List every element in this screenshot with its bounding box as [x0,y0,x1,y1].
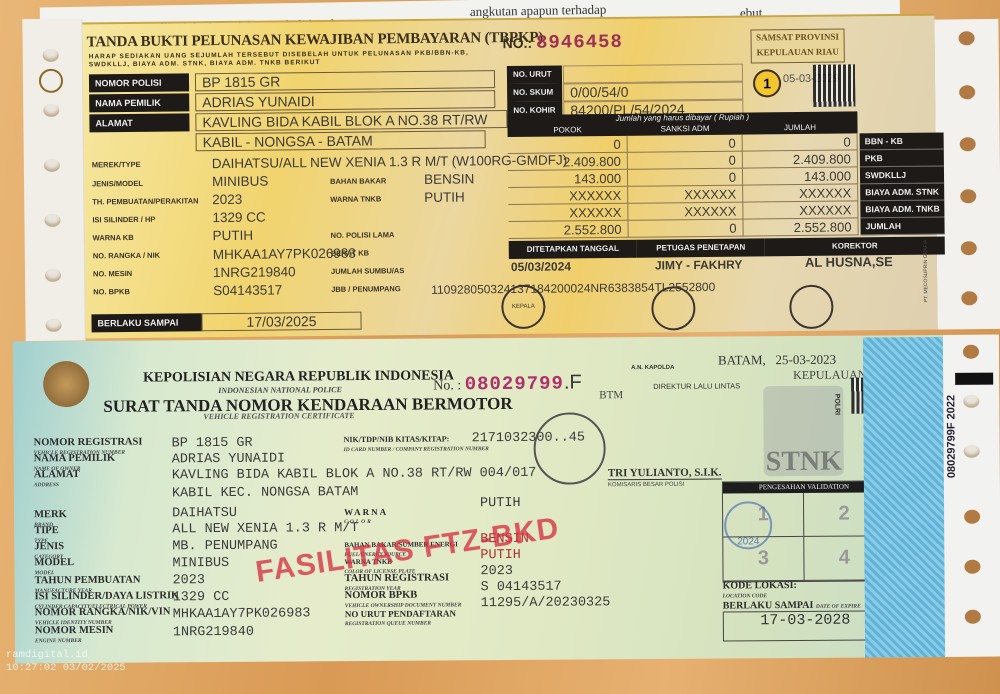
label-warna-tnkb: WARNA TNKB [330,194,381,204]
stamp-label: KEPALA [512,304,535,310]
stnk-institution-en: INDONESIAN NATIONAL POLICE [218,385,342,395]
tbpkp-title: TANDA BUKTI PELUNASAN KEWAJIBAN PEMBAYAR… [87,30,544,52]
payment-cell-pokok: XXXXXX [508,204,628,222]
value-no-bpkb: S04143517 [213,282,282,298]
label-jbb-penumpang: JBB / PENUMPANG [331,284,401,294]
payment-cell-pokok: XXXXXX [508,187,628,205]
stnk-body: KEPOLISIAN NEGARA REPUBLIK INDONESIA IND… [13,335,945,663]
value-warna: PUTIH [480,496,521,511]
value-nomor-bpkb: S 04143517 [481,580,562,596]
number-value: 8946458 [536,31,623,54]
value-tipe: ALL NEW XENIA 1.3 R M/T [172,521,358,537]
label-warna-kb: WARNA KB [93,233,134,242]
label-no-urut: NO. URUT [507,65,562,84]
payment-cell-jumlah: 2.409.800 [743,150,858,168]
official-stamp: KEPALA [501,285,545,329]
office-code: BTM [599,389,623,401]
value-alamat-2: KABIL - NONGSA - BATAM [196,130,486,151]
value-alamat-2: KABIL KEC. NONGSA BATAM [172,485,358,501]
value-nama-pemilik: ADRIAS YUNAIDI [172,452,286,468]
label-jenis-model: JENIS/MODEL [92,179,143,189]
value-alamat-1: KAVLING BIDA KABIL BLOK A NO.38 RT/RW [195,110,507,131]
value-nomor-registrasi: BP 1815 GR [172,436,253,452]
official-stamp [533,412,606,485]
security-pattern [863,337,945,658]
label-berlaku-sampai: BERLAKU SAMPAI [91,313,201,332]
label-no-polisi-lama: NO. POLISI LAMA [331,230,395,240]
value-no-skum: 0/00/54/0 [563,82,743,102]
payment-cell-jumlah: 143.000 [743,167,858,185]
payment-row-label: BIAYA ADM. TNKB [860,200,944,218]
label-no-bpkb: NO. BPKB [93,287,130,296]
value-no-mesin: 1NRG219840 [213,264,296,280]
payment-cell-pokok: 143.000 [508,170,628,188]
value-no-urut [563,64,743,84]
lunas-seal-icon: 1 [753,69,781,97]
value-merk: DAIHATSU [172,506,237,521]
black-mark [955,373,993,385]
signatory: TRI YULIANTO, S.I.K. [608,467,722,481]
label-warna: WARNACOLOR [344,507,388,527]
value-berlaku-sampai: 17/03/2025 [201,312,361,332]
payment-cell-sanksi: 0 [628,169,743,187]
label-merek-type: MEREK/TYPE [92,160,141,170]
printer-credit: PT. MECOSUPRIN GRAFIA [923,240,932,303]
label-nik: NIK/TDP/NIB KITAS/KITAP:ID CARD NUMBER /… [344,434,489,455]
tbpkp-body: TANDA BUKTI PELUNASAN KEWAJIBAN PEMBAYAR… [82,14,937,339]
payment-row-label: PKB [860,149,944,167]
label-nomor-mesin: NOMOR MESINENGINE NUMBER [35,626,114,647]
label-jumlah-sumbu: JUMLAH SUMBU/AS [331,266,404,276]
payment-cell-jumlah: XXXXXX [743,184,858,202]
stnk-institution: KEPOLISIAN NEGARA REPUBLIK INDONESIA [143,368,454,386]
payment-cell-pokok: 0 [508,136,628,154]
label-th-pembuatan: TH. PEMBUATAN/PERAKITAN [92,196,198,206]
tbpkp-number: NO.: 8946458 [503,31,624,54]
value-alamat-1: KAVLING BIDA KABIL BLOK A NO.38 RT/RW 00… [172,466,537,484]
validation-stamp-year: 2024 [737,536,759,547]
number-value: 08029799 [465,373,564,396]
signatory-title: KOMISARIS BESAR POLISI [608,482,684,489]
payment-table: Jumlah yang harus dibayar ( Rupiah ) POK… [507,111,858,239]
payment-cell-jumlah: XXXXXX [743,201,858,219]
value-isi-silinder: 1329 CC [173,590,230,605]
label-korektor: KOREKTOR [765,236,945,256]
value-nik: 2171032300..45 [472,430,586,446]
tbpkp-document: TANDA BUKTI PELUNASAN KEWAJIBAN PEMBAYAR… [22,9,1000,341]
value-nomor-mesin: 1NRG219840 [173,625,254,641]
polri-text: POLRI [833,394,840,415]
value-th-pembuatan: 2023 [212,192,242,207]
label-no-mesin: NO. MESIN [93,269,132,278]
stnk-number: No. : 08029799.F [433,371,582,395]
issuer-line2: DIREKTUR LALU LINTAS [653,381,740,391]
number-suffix: .F [564,371,582,393]
number-label: NO.: [503,35,533,51]
crosshair-icon [39,69,63,93]
payment-cell-sanksi: 0 [628,220,743,238]
value-no-urut: 11295/A/20230325 [481,595,611,611]
stnk-document: KEPOLISIAN NEGARA REPUBLIK INDONESIA IND… [13,335,1000,666]
official-stamp [651,286,695,330]
value-isi-silinder: 1329 CC [212,210,265,226]
tbpkp-instruction: HARAP SEDIAKAN UANG SEJUMLAH TERSEBUT DI… [89,49,499,69]
official-stamp [789,285,833,329]
validation-stamp: 2024 [724,501,772,549]
samsat-label: SAMSAT PROVINSI KEPULAUAN RIAU [750,29,844,64]
payment-cell-pokok: 2.409.800 [508,153,628,171]
label-kode-lokasi: KODE LOKASI:LOCATION CODE [723,581,797,602]
value-model: MINIBUS [172,556,229,571]
value-petugas-penetapan: JIMY - FAKHRY [655,258,743,273]
label-nama-pemilik: NAMA PEMILIK [89,93,189,112]
label-nomor-polisi: NOMOR POLISI [89,73,189,92]
payment-row-label: BIAYA ADM. STNK [860,183,944,201]
value-warna-tnkb: PUTIH [424,189,465,204]
police-emblem-icon [43,361,89,407]
label-petugas-penetapan: PETUGAS PENETAPAN [637,238,765,257]
value-jenis-model: MINIBUS [212,174,268,190]
payment-cell-jumlah: 0 [743,133,858,151]
label-alamat: ALAMATADDRESS [34,470,80,490]
value-bahan-bakar: BENSIN [424,171,474,187]
label-ditetapkan-tanggal: DITETAPKAN TANGGAL [509,240,637,259]
label-alamat: ALAMAT [89,113,189,132]
payment-row-label: SWDKLLJ [860,166,944,184]
perforated-strip-right: 08029799F 2022 [943,335,1000,657]
label-no-skum: NO. SKUM [507,83,562,102]
label-no-rangka: NO. RANGKA / NIK [93,251,160,261]
payment-row-label: BBN - KB [860,132,944,150]
label-berat-kb: BERAT KB [331,249,369,258]
value-tahun-registrasi: 2023 [480,564,513,579]
qr-code-icon [813,64,855,106]
payment-cell-jumlah: 2.552.800 [743,218,858,236]
value-korektor: AL HUSNA,SE [805,254,893,270]
value-nomor-polisi: BP 1815 GR [195,70,495,91]
payment-cell-pokok: 2.552.800 [508,221,628,239]
perforated-strip-right [934,19,1000,330]
stnk-title-en: VEHICLE REGISTRATION CERTIFICATE [203,411,354,421]
label-no-urut: NO URUT PENDAFTARANREGISTRATION QUEUE NU… [345,608,456,629]
label-isi-silinder: ISI SILINDER / HP [92,215,155,225]
payment-cell-sanksi: 0 [628,135,743,153]
payment-cell-sanksi: 0 [628,152,743,170]
payment-table-body: 0002.409.80002.409.800143.0000143.000XXX… [508,133,859,239]
value-nomor-rangka: MHKAA1AY7PK026983 [173,606,311,622]
value-tahun-pembuatan: 2023 [173,573,206,588]
place-date: BATAM, 25-03-2023 [718,352,836,369]
value-berlaku-sampai: 17-03-2028 [723,610,888,641]
payment-row-label: JUMLAH [860,217,944,235]
number-label: No. : [433,378,461,393]
issuer-line1: A.N. KAPOLDA [631,365,674,371]
watermark-site: ramdigital.id [6,649,88,661]
perforated-strip-left [22,18,85,341]
payment-cell-sanksi: XXXXXX [628,203,743,221]
value-warna-kb: PUTIH [213,228,254,243]
payment-cell-sanksi: XXXXXX [628,186,743,204]
label-bahan-bakar: BAHAN BAKAR [330,176,386,186]
value-nama-pemilik: ADRIAS YUNAIDI [195,90,495,111]
vertical-serial: 08029799F 2022 [945,395,958,478]
value-jenis: MB. PENUMPANG [172,539,277,555]
value-ditetapkan-tanggal: 05/03/2024 [511,259,571,274]
watermark-timestamp: 10:27:02 03/02/2025 [6,662,126,674]
hologram-text: STNK [766,446,842,479]
